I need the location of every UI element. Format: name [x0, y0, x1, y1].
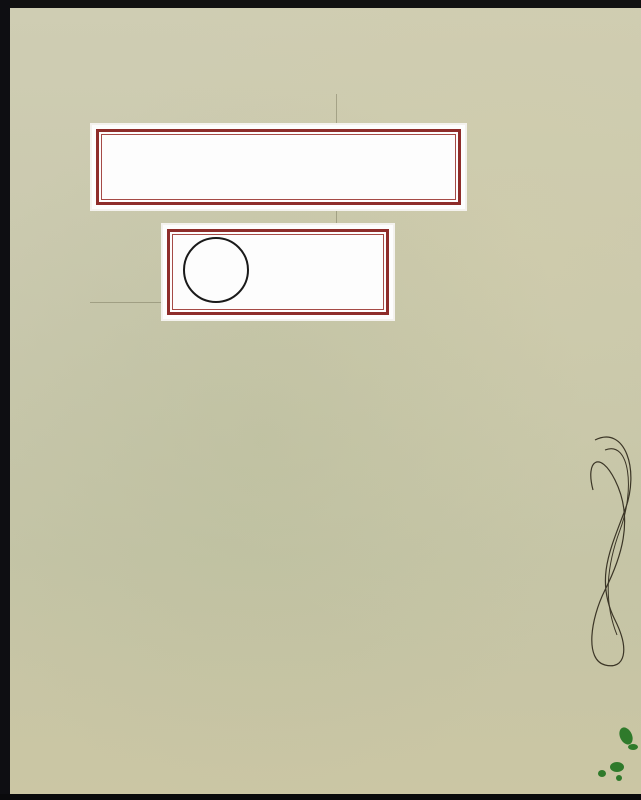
description-label	[92, 125, 465, 209]
label-inner-border	[101, 134, 456, 200]
notary-flourish	[585, 430, 641, 680]
scan-bottom-edge	[0, 794, 641, 800]
postmark-icon	[183, 237, 249, 303]
scan-left-edge	[0, 0, 10, 800]
rare-document-label	[163, 225, 393, 319]
